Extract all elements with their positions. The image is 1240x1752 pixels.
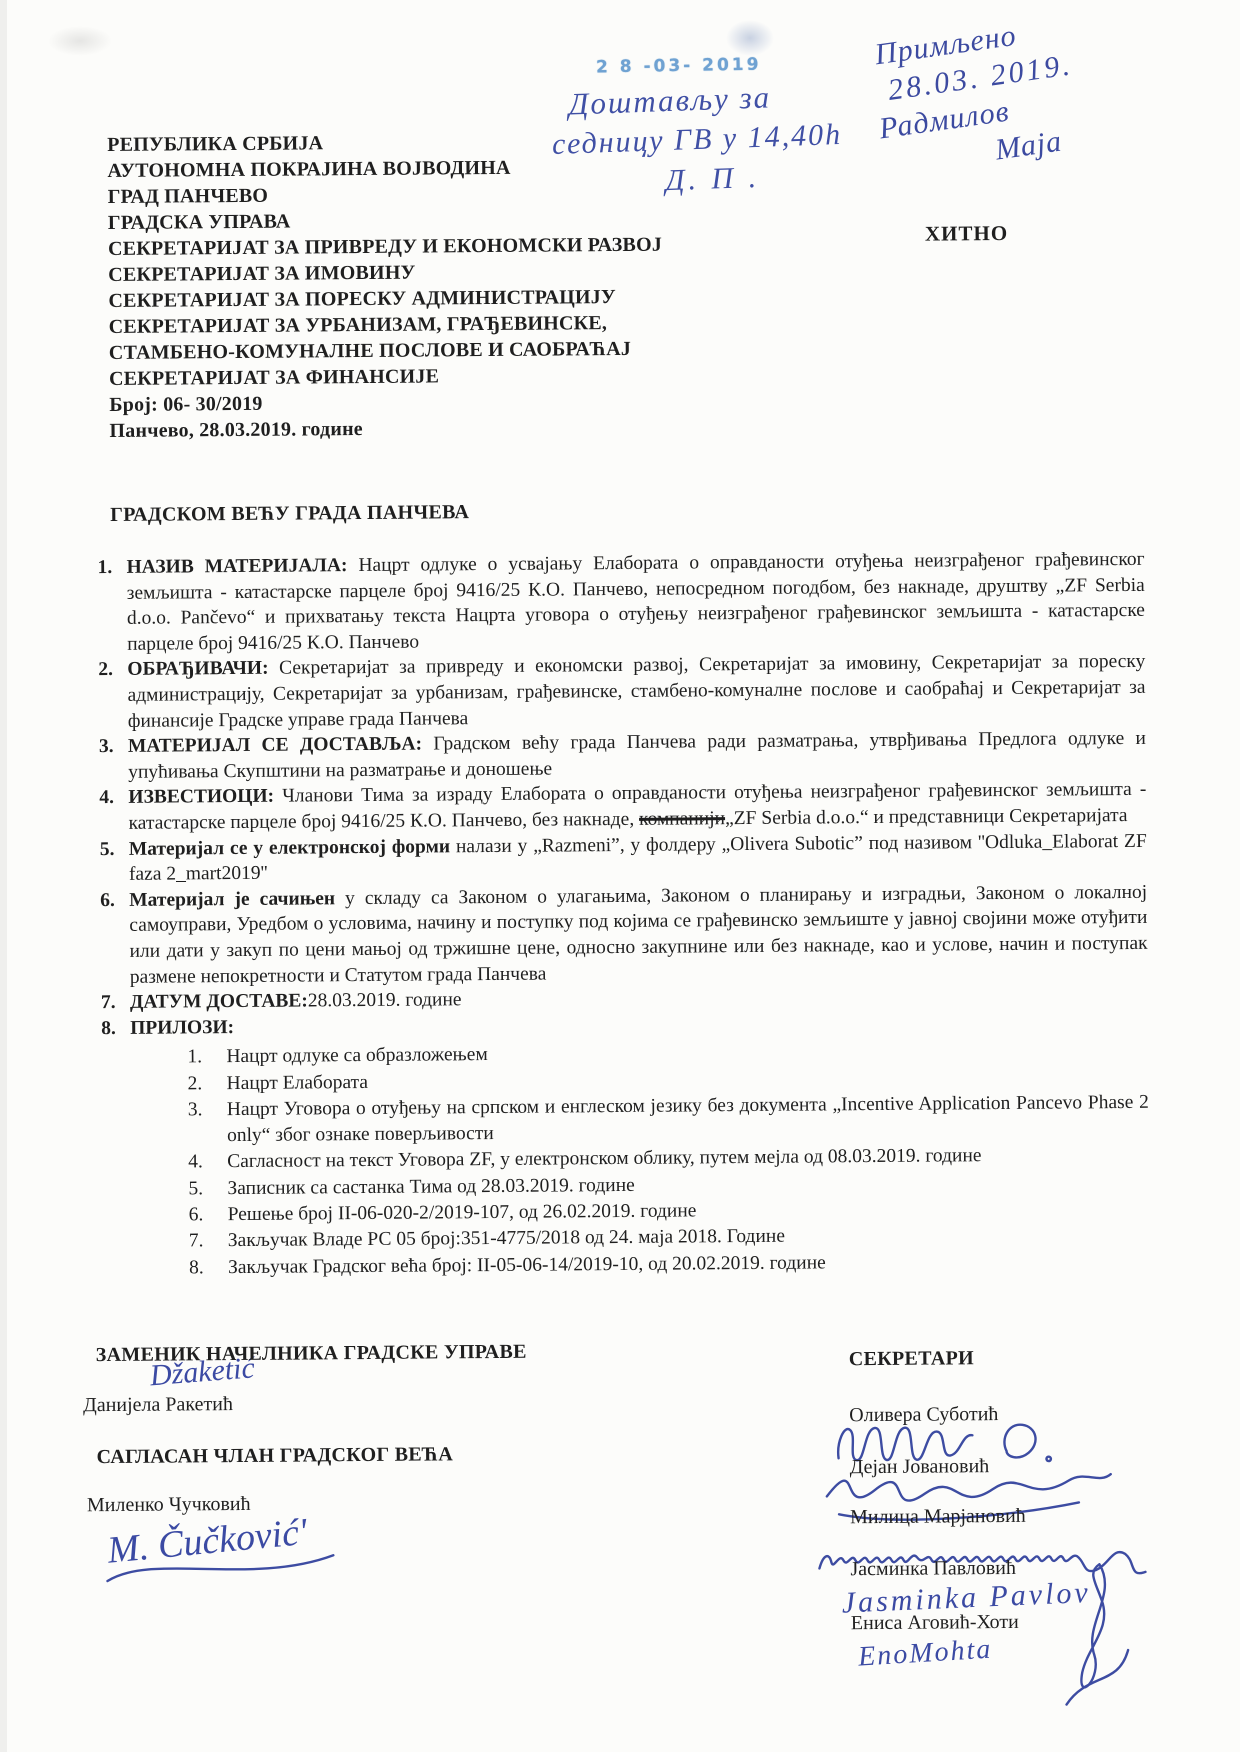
attachment-number: 6. bbox=[189, 1202, 228, 1229]
letterhead: РЕПУБЛИКА СРБИЈА АУТОНОМНА ПОКРАЈИНА ВОЈ… bbox=[107, 128, 663, 444]
council-member-name: Миленко Чучковић bbox=[87, 1493, 251, 1517]
list-item: 6. Материјал је сачињен у складу са Зако… bbox=[100, 880, 1148, 991]
secretary-name-subotic: Оливера Суботић bbox=[849, 1403, 998, 1427]
agovic-signature-flourish bbox=[1047, 1554, 1138, 1725]
council-member-title: САГЛАСАН ЧЛАН ГРАДСКОГ ВЕЋА bbox=[96, 1443, 453, 1469]
attachment-item: 3.Нацрт Уговора о отуђењу на српском и е… bbox=[188, 1090, 1149, 1150]
item-label: Материјал се у електронској форми bbox=[129, 836, 456, 860]
deputy-chief-name: Данијела Ракетић bbox=[83, 1393, 233, 1417]
item-number: 8. bbox=[101, 1016, 130, 1042]
place-and-date: Панчево, 28.03.2019. године bbox=[109, 414, 663, 444]
cuckovic-signature-flourish bbox=[101, 1547, 341, 1589]
item-label: Материјал је сачињен bbox=[129, 888, 345, 911]
agovic-signature: EnoMohta bbox=[857, 1634, 993, 1674]
attachment-number: 1. bbox=[187, 1044, 226, 1071]
item-text: 28.03.2019. године bbox=[308, 989, 462, 1011]
secretary-name-marjanovic: Милица Марјановић bbox=[850, 1505, 1026, 1529]
item-number: 5. bbox=[100, 836, 129, 887]
deputy-chief-title: ЗАМЕНИК НАЧЕЛНИКА ГРАДСКЕ УПРАВЕ bbox=[96, 1341, 527, 1367]
attachments-list: 1.Нацрт одлуке са образложењем 2.Нацрт Е… bbox=[187, 1037, 1150, 1281]
attachment-number: 2. bbox=[188, 1071, 227, 1098]
recipient-heading: ГРАДСКОМ ВЕЋУ ГРАДА ПАНЧЕВА bbox=[110, 501, 469, 527]
document-body: ХИТНО РЕПУБЛИКА СРБИЈА АУТОНОМНА ПОКРАЈИ… bbox=[0, 0, 1240, 1752]
crossed-out-word: компанији bbox=[639, 808, 725, 830]
secretary-name-agovic: Ениса Аговић-Хоти bbox=[851, 1611, 1019, 1635]
item-label: НАЗИВ МАТЕРИЈАЛА: bbox=[126, 555, 358, 578]
item-label: ПРИЛОЗИ: bbox=[130, 1017, 234, 1039]
item-label: МАТЕРИЈАЛ СЕ ДОСТАВЉА: bbox=[128, 734, 434, 757]
scanned-document-page: 2 8 -03- 2019 Доштављу за седницу ГВ у 1… bbox=[0, 0, 1240, 1752]
list-item: 5. Материјал се у електронској форми нал… bbox=[100, 828, 1147, 887]
attachment-number: 4. bbox=[188, 1150, 227, 1177]
list-item: 4. ИЗВЕСТИОЦИ: Чланови Тима за израду Ел… bbox=[99, 777, 1146, 836]
attachment-text: Нацрт Уговора о отуђењу на српском и енг… bbox=[227, 1090, 1149, 1150]
item-label: ОБРАЂИВАЧИ: bbox=[127, 658, 279, 680]
secretary-name-jovanovic: Дејан Јовановић bbox=[850, 1455, 990, 1479]
letterhead-line: СЕКРЕТАРИЈАТ ЗА ПРИВРЕДУ И ЕКОНОМСКИ РАЗ… bbox=[108, 232, 662, 262]
secretary-name-pavlovic: Јасминка Павловић bbox=[850, 1557, 1016, 1581]
item-number: 1. bbox=[97, 555, 127, 658]
list-item: 1. НАЗИВ МАТЕРИЈАЛА: Нацрт одлуке о усва… bbox=[97, 547, 1145, 658]
item-text: Секретаријат за привреду и економски раз… bbox=[127, 651, 1145, 731]
letterhead-line: СТАМБЕНО-КОМУНАЛНЕ ПОСЛОВЕ И САОБРАЋАЈ bbox=[109, 336, 663, 366]
list-item: 3. МАТЕРИЈАЛ СЕ ДОСТАВЉА: Градском већу … bbox=[99, 726, 1146, 785]
attachment-number: 3. bbox=[188, 1097, 227, 1150]
item-number: 3. bbox=[99, 734, 128, 785]
numbered-list: 1. НАЗИВ МАТЕРИЈАЛА: Нацрт одлуке о усва… bbox=[97, 547, 1150, 1282]
secretaries-title: СЕКРЕТАРИ bbox=[849, 1347, 974, 1371]
urgent-label: ХИТНО bbox=[925, 221, 1008, 247]
item-number: 2. bbox=[98, 657, 128, 734]
item-number: 4. bbox=[99, 785, 128, 836]
item-number: 6. bbox=[100, 888, 130, 991]
attachment-number: 7. bbox=[189, 1228, 228, 1255]
item-label: ИЗВЕСТИОЦИ: bbox=[128, 786, 282, 808]
item-text: „ZF Serbia d.o.o.“ и представници Секрет… bbox=[725, 805, 1128, 829]
list-item: 2. ОБРАЂИВАЧИ: Секретаријат за привреду … bbox=[98, 649, 1146, 734]
item-number: 7. bbox=[101, 990, 130, 1016]
item-label: ДАТУМ ДОСТАВЕ: bbox=[130, 991, 308, 1013]
attachment-number: 5. bbox=[188, 1176, 227, 1203]
attachment-number: 8. bbox=[189, 1255, 228, 1282]
